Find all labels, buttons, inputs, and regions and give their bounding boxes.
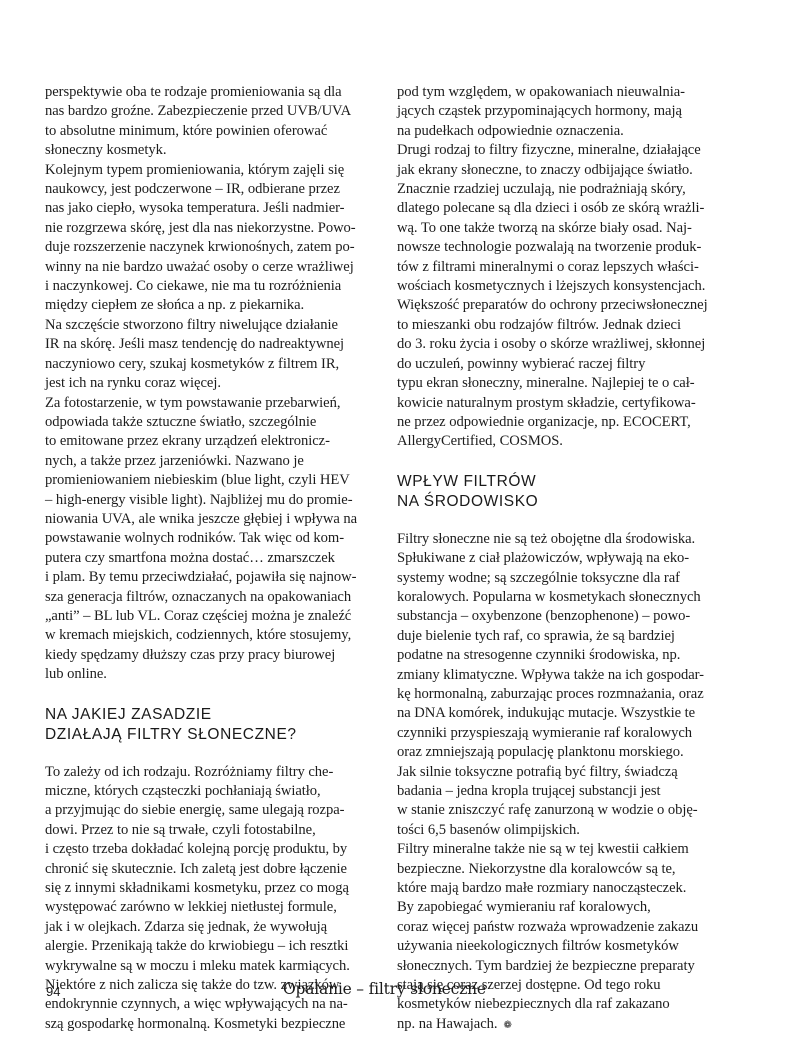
running-title: Opalanie – filtry słoneczne [283,980,486,998]
section-heading-environmental-impact: WPŁYW FILTRÓW NA ŚRODOWISKO [397,472,742,512]
body-paragraph-text: Filtry słoneczne nie są też obojętne dla… [397,531,704,1032]
book-page: perspektywie oba te rodzaje promieniowan… [0,0,794,1040]
page-number: 94 [46,984,60,999]
left-column: perspektywie oba te rodzaje promieniowan… [45,83,390,1034]
body-paragraph: perspektywie oba te rodzaje promieniowan… [45,83,390,685]
section-heading-how-filters-work: NA JAKIEJ ZASADZIE DZIAŁAJĄ FILTRY SŁONE… [45,705,390,745]
right-column: pod tym względem, w opakowaniach nieuwal… [397,83,742,1035]
body-paragraph: Filtry słoneczne nie są też obojętne dla… [397,530,742,1036]
body-paragraph: pod tym względem, w opakowaniach nieuwal… [397,83,742,452]
end-of-article-icon: ❁ [504,1020,512,1031]
